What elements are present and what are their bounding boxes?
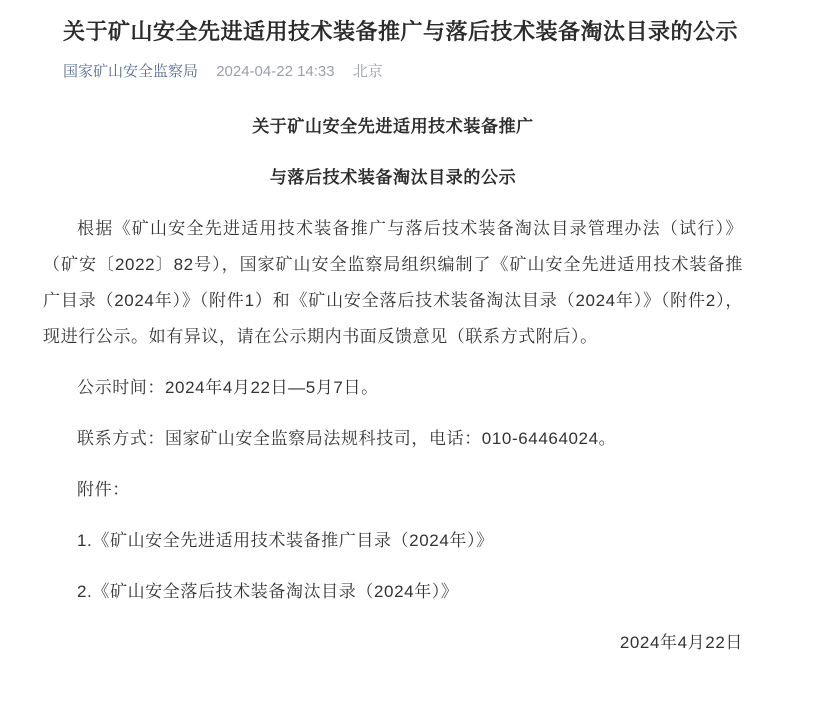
source-name-link[interactable]: 国家矿山安全监察局	[63, 63, 198, 80]
contact-paragraph: 联系方式：国家矿山安全监察局法规科技司，电话：010-64464024。	[43, 421, 743, 457]
document-headline-line2: 与落后技术装备淘汰目录的公示	[43, 160, 743, 196]
attachment-item-2: 2.《矿山安全落后技术装备淘汰目录（2024年）》	[43, 574, 743, 610]
publish-location: 北京	[353, 63, 383, 80]
article-page: 关于矿山安全先进适用技术装备推广与落后技术装备淘汰目录的公示 国家矿山安全监察局…	[0, 0, 813, 710]
attachment-item-1: 1.《矿山安全先进适用技术装备推广目录（2024年）》	[43, 523, 743, 559]
document-headline-line1: 关于矿山安全先进适用技术装备推广	[43, 109, 743, 145]
article-meta: 国家矿山安全监察局 2024-04-22 14:33 北京	[63, 61, 793, 82]
signature-date: 2024年4月22日	[43, 625, 743, 661]
page-title: 关于矿山安全先进适用技术装备推广与落后技术装备淘汰目录的公示	[63, 17, 793, 46]
article-content: 关于矿山安全先进适用技术装备推广 与落后技术装备淘汰目录的公示 根据《矿山安全先…	[43, 109, 743, 661]
notice-period-paragraph: 公示时间：2024年4月22日—5月7日。	[43, 370, 743, 406]
publish-datetime: 2024-04-22 14:33	[216, 63, 334, 80]
attachments-label: 附件：	[43, 472, 743, 508]
body-paragraph: 根据《矿山安全先进适用技术装备推广与落后技术装备淘汰目录管理办法（试行）》（矿安…	[43, 211, 743, 355]
article-header: 关于矿山安全先进适用技术装备推广与落后技术装备淘汰目录的公示 国家矿山安全监察局…	[0, 0, 813, 82]
